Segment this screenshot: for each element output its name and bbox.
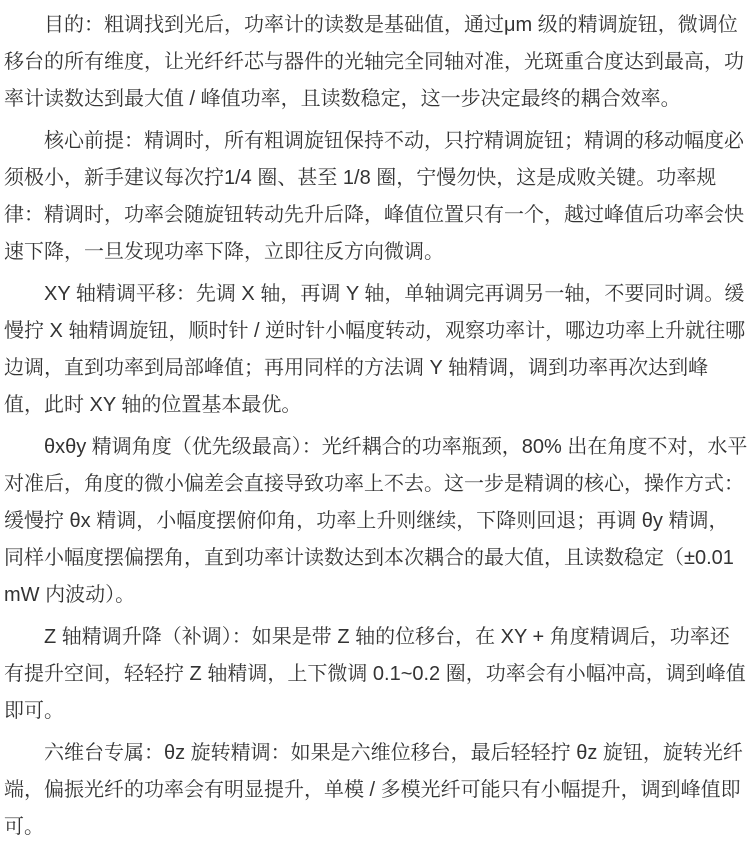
document-page: { "document": { "language": "zh-CN", "ba…: [0, 0, 752, 856]
paragraph-six-axis-theta-z: 六维台专属：θz 旋转精调：如果是六维位移台，最后轻轻拧 θz 旋钮，旋转光纤端…: [4, 735, 748, 846]
paragraph-theta-xy-angle-tuning: θxθy 精调角度（优先级最高）：光纤耦合的功率瓶颈，80% 出在角度不对，水平…: [4, 429, 748, 614]
document-body: 目的：粗调找到光后，功率计的读数是基础值，通过μm 级的精调旋钮，微调位移台的所…: [0, 0, 752, 856]
paragraph-xy-axis-fine-tuning: XY 轴精调平移：先调 X 轴，再调 Y 轴，单轴调完再调另一轴，不要同时调。缓…: [4, 276, 748, 424]
paragraph-core-premise: 核心前提：精调时，所有粗调旋钮保持不动，只拧精调旋钮；精调的移动幅度必须极小，新…: [4, 123, 748, 271]
paragraph-purpose: 目的：粗调找到光后，功率计的读数是基础值，通过μm 级的精调旋钮，微调位移台的所…: [4, 7, 748, 118]
paragraph-z-axis-tuning: Z 轴精调升降（补调）：如果是带 Z 轴的位移台，在 XY + 角度精调后，功率…: [4, 619, 748, 730]
